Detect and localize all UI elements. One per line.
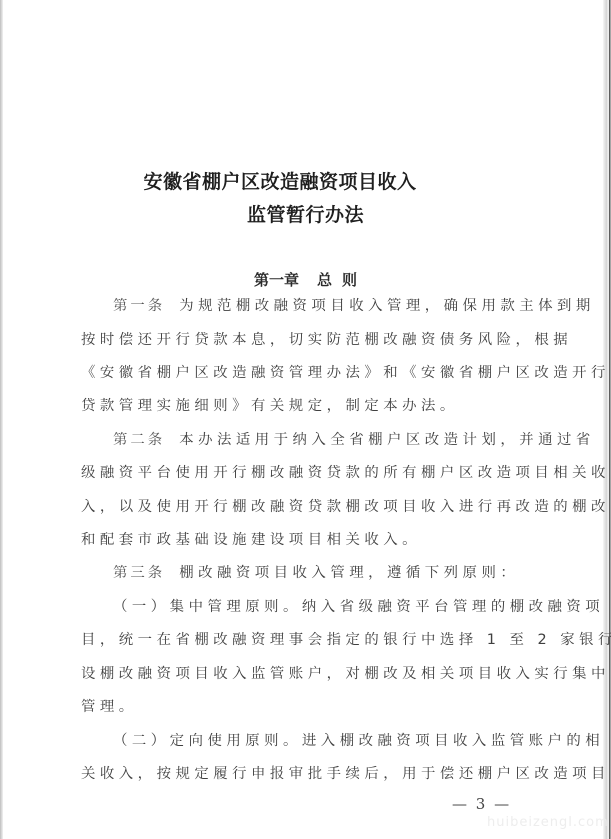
principle-2-line-1: （二）定向使用原则。进入棚改融资项目收入监管账户的相 <box>113 731 546 751</box>
article-2-line-2: 级融资平台使用开行棚改融资贷款的所有棚户区改造项目相关收 <box>81 463 514 483</box>
principle-1-line-1: （一）集中管理原则。纳入省级融资平台管理的棚改融资项 <box>113 597 546 617</box>
article-3-line-1: 第三条棚改融资项目收入管理，遵循下列原则： <box>113 563 546 583</box>
article-1-line-4: 贷款管理实施细则》有关规定，制定本办法。 <box>81 396 514 416</box>
document-page: 安徽省棚户区改造融资项目收入 监管暂行办法 第一章总则 第一条为规范棚改融资项目… <box>0 0 611 839</box>
chapter-heading: 第一章总则 <box>0 269 611 290</box>
document-title-line-2: 监管暂行办法 <box>0 200 611 227</box>
article-text: 棚改融资项目收入管理，遵循下列原则： <box>179 565 519 581</box>
article-2-line-4: 和配套市政基础设施建设项目相关收入。 <box>81 530 514 550</box>
article-2-line-3: 入，以及使用开行棚改融资贷款棚改项目收入进行再改造的棚改 <box>81 497 514 517</box>
scan-edge-right <box>603 0 611 839</box>
article-1-line-1: 第一条为规范棚改融资项目收入管理，确保用款主体到期 <box>113 296 546 316</box>
principle-2-line-2: 关收入，按规定履行申报审批手续后，用于偿还棚户区改造项目 <box>81 764 514 784</box>
principle-1-line-2: 目，统一在省棚改融资理事会指定的银行中选择 1 至 2 家银行开 <box>81 630 514 650</box>
article-label: 第二条 <box>113 432 165 448</box>
page-number: — 3 — <box>452 795 511 813</box>
document-title-line-1: 安徽省棚户区改造融资项目收入 <box>0 167 560 194</box>
principle-1-line-4: 管理。 <box>81 697 514 717</box>
principle-1-line-3: 设棚改融资项目收入监管账户，对棚改及相关项目收入实行集中 <box>81 664 514 684</box>
chapter-name-part2: 则 <box>342 271 357 289</box>
chapter-number: 第一章 <box>254 271 299 289</box>
article-label: 第三条 <box>113 565 165 581</box>
article-2-line-1: 第二条本办法适用于纳入全省棚户区改造计划，并通过省 <box>113 430 546 450</box>
article-label: 第一条 <box>113 298 165 314</box>
article-text: 为规范棚改融资项目收入管理，确保用款主体到期 <box>179 298 595 314</box>
scan-edge-left <box>0 0 3 839</box>
watermark: huibeizengl.com <box>487 815 609 830</box>
article-text: 本办法适用于纳入全省棚户区改造计划，并通过省 <box>179 432 595 448</box>
article-1-line-2: 按时偿还开行贷款本息，切实防范棚改融资债务风险，根据 <box>81 330 514 350</box>
article-1-line-3: 《安徽省棚户区改造融资管理办法》和《安徽省棚户区改造开行 <box>81 363 514 383</box>
chapter-name-part1: 总 <box>317 271 332 289</box>
